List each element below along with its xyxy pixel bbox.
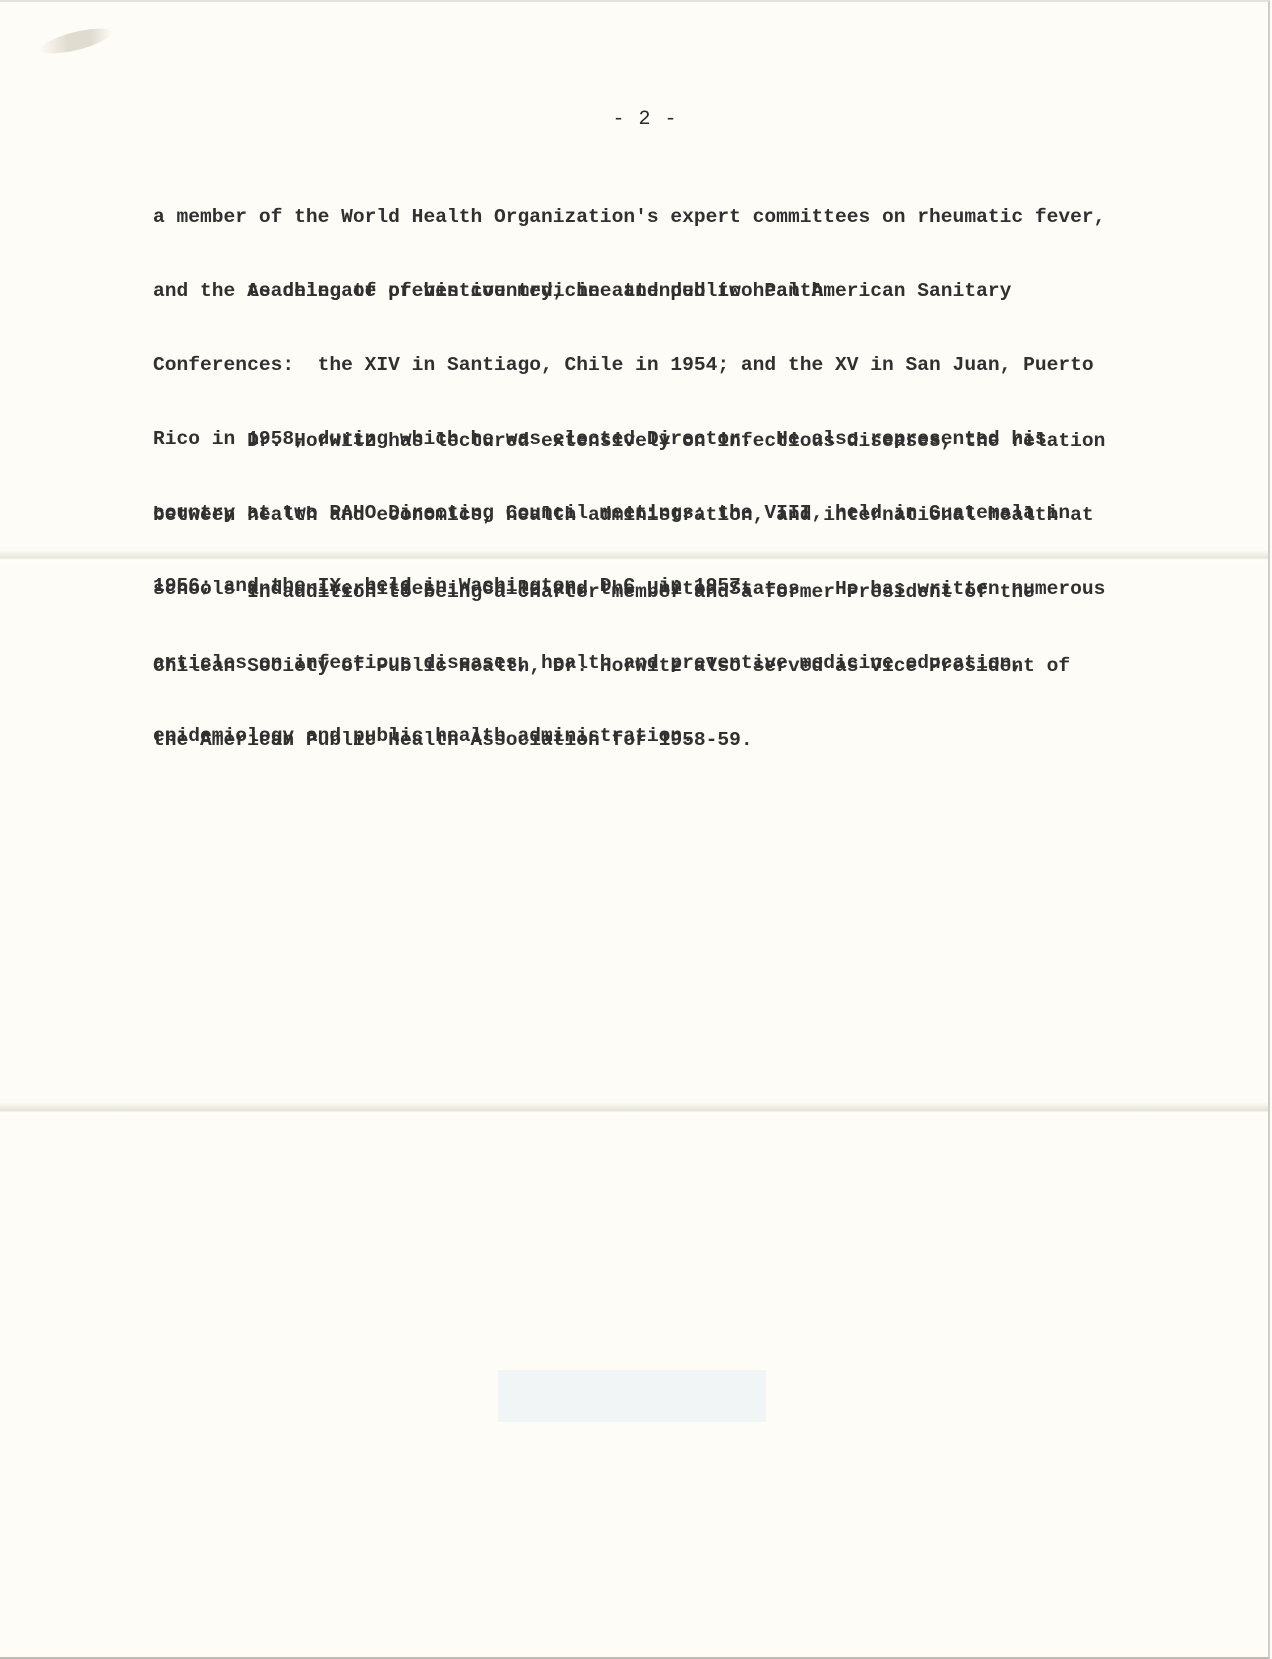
text-line: a member of the World Health Organizatio… [153,205,1173,230]
text-line: As delegate of his country, he attended … [153,279,1173,304]
text-line: Dr. Horwitz has lectured extensively on … [153,429,1173,454]
document-page: - 2 - a member of the World Health Organ… [0,0,1270,1659]
paper-smudge [39,24,113,59]
section-separator: * * * [0,660,1272,676]
text-line: between health and economics, health adm… [153,503,1173,528]
page-number: - 2 - [0,108,1272,131]
text-line: In addition to being a charter member an… [153,580,1173,605]
text-line: the American Public Health Association f… [153,728,1173,753]
paper-fold-lower [0,1102,1268,1116]
text-line: Conferences: the XIV in Santiago, Chile … [153,353,1173,378]
faded-stain [498,1370,766,1422]
